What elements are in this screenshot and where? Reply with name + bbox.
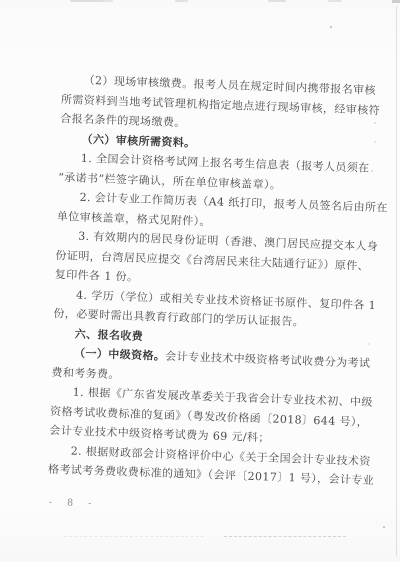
scan-artifact-bottom-smudge: [64, 536, 204, 537]
scan-artifact-speck: [371, 170, 373, 172]
bold-run: （一）中级资格。: [74, 347, 166, 363]
scan-artifact-speck: [330, 26, 332, 28]
page-number: - 8 -: [49, 496, 359, 518]
scan-artifact-corner-mark: [392, 0, 400, 3]
scan-artifact-bottom-smudge: [224, 536, 346, 537]
scan-artifact-top-smudge: [104, 0, 113, 2]
scan-artifact-top-smudge: [70, 0, 104, 2]
document-body: （2）现场审核缴费。报考人员在规定时间内携带报名审核所需资料到当地考试管理机构指…: [47, 70, 374, 518]
scan-artifact-speck: [374, 122, 376, 124]
scan-artifact-top-smudge: [328, 0, 342, 2]
scanned-page: （2）现场审核缴费。报考人员在规定时间内携带报名审核所需资料到当地考试管理机构指…: [0, 0, 400, 562]
scan-artifact-speck: [374, 141, 376, 143]
scan-artifact-top-smudge: [175, 0, 188, 2]
scan-artifact-top-smudge: [268, 0, 286, 2]
scan-artifact-speck: [368, 343, 370, 345]
scan-artifact-edge-line: [396, 6, 397, 556]
scan-artifact-speck: [383, 526, 385, 528]
